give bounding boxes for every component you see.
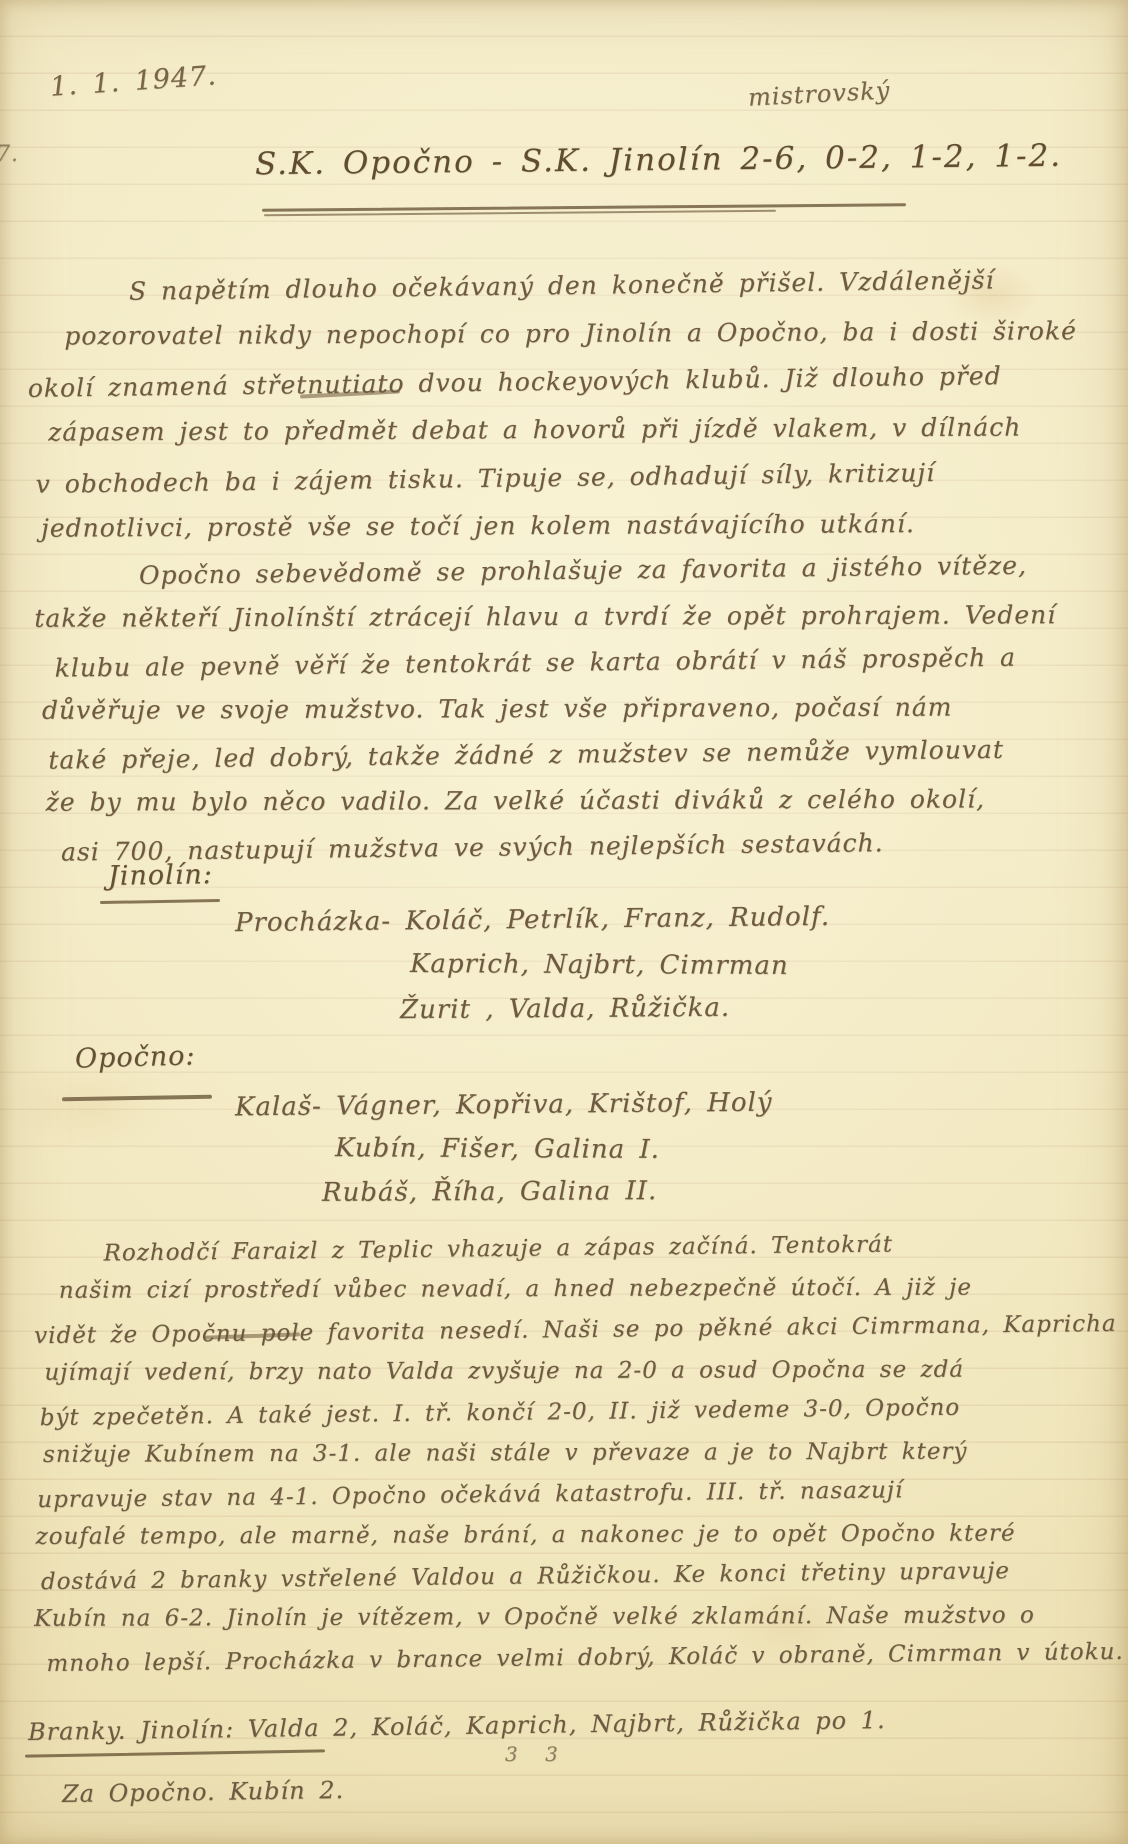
handwritten-line: také přeje, led dobrý, takže žádné z muž…	[48, 726, 1057, 783]
handwritten-line: Opočno sebevědomě se prohlašuje za favor…	[139, 542, 1056, 598]
report-paragraph-preview: Opočno sebevědomě se prohlašuje za favor…	[29, 544, 1058, 873]
goals-underline	[25, 1749, 325, 1757]
lineup-row: Procházka- Koláč, Petrlík, Franz, Rudolf…	[235, 902, 830, 938]
lineup-row: Kalaš- Vágner, Kopřiva, Krištof, Holý	[235, 1088, 773, 1123]
date: 1. 1. 1947.	[49, 60, 218, 103]
handwritten-line: že by mu bylo něco vadilo. Za velké účas…	[46, 776, 1058, 826]
page-number: 3 3	[505, 1742, 566, 1766]
report-paragraph-intro: S napětím dlouho očekávaný den konečně p…	[27, 257, 1079, 554]
notebook-page: 1. 1. 1947. mistrovský 7. S.K. Opočno - …	[0, 0, 1128, 1844]
goals-line-jinolin: Branky. Jinolín: Valda 2, Koláč, Kaprich…	[28, 1706, 886, 1746]
opocno-heading-underline	[62, 1095, 212, 1102]
lineup-row: Kubín, Fišer, Galina I.	[335, 1133, 660, 1165]
goals-line-opocno: Za Opočno. Kubín 2.	[62, 1776, 345, 1808]
team-heading-opocno: Opočno:	[75, 1040, 196, 1074]
match-type-annotation: mistrovský	[747, 76, 891, 111]
margin-page-ref: 7.	[0, 142, 19, 167]
jinolin-heading-underline	[100, 899, 220, 904]
lineup-row: Rubáš, Říha, Galina II.	[322, 1176, 657, 1208]
lineup-row: Žurit , Valda, Růžička.	[400, 993, 730, 1025]
handwritten-line: klubu ale pevně věří že tentokrát se kar…	[54, 634, 1056, 691]
handwritten-line: důvěřuje ve svoje mužstvo. Tak jest vše …	[42, 684, 1057, 734]
team-heading-jinolin: Jinolín:	[108, 859, 213, 892]
report-paragraph-match: Rozhodčí Faraizl z Teplic vhazuje a zápa…	[23, 1224, 1123, 1683]
match-title: S.K. Opočno - S.K. Jinolín 2-6, 0-2, 1-2…	[255, 138, 1062, 182]
handwritten-line: S napětím dlouho očekávaný den konečně p…	[129, 255, 1077, 315]
handwritten-line: takže někteří Jinolínští ztrácejí hlavu …	[34, 592, 1056, 642]
handwritten-line: mnoho lepší. Procházka v brance velmi do…	[46, 1632, 1124, 1685]
lineup-row: Kaprich, Najbrt, Cimrman	[410, 949, 789, 981]
